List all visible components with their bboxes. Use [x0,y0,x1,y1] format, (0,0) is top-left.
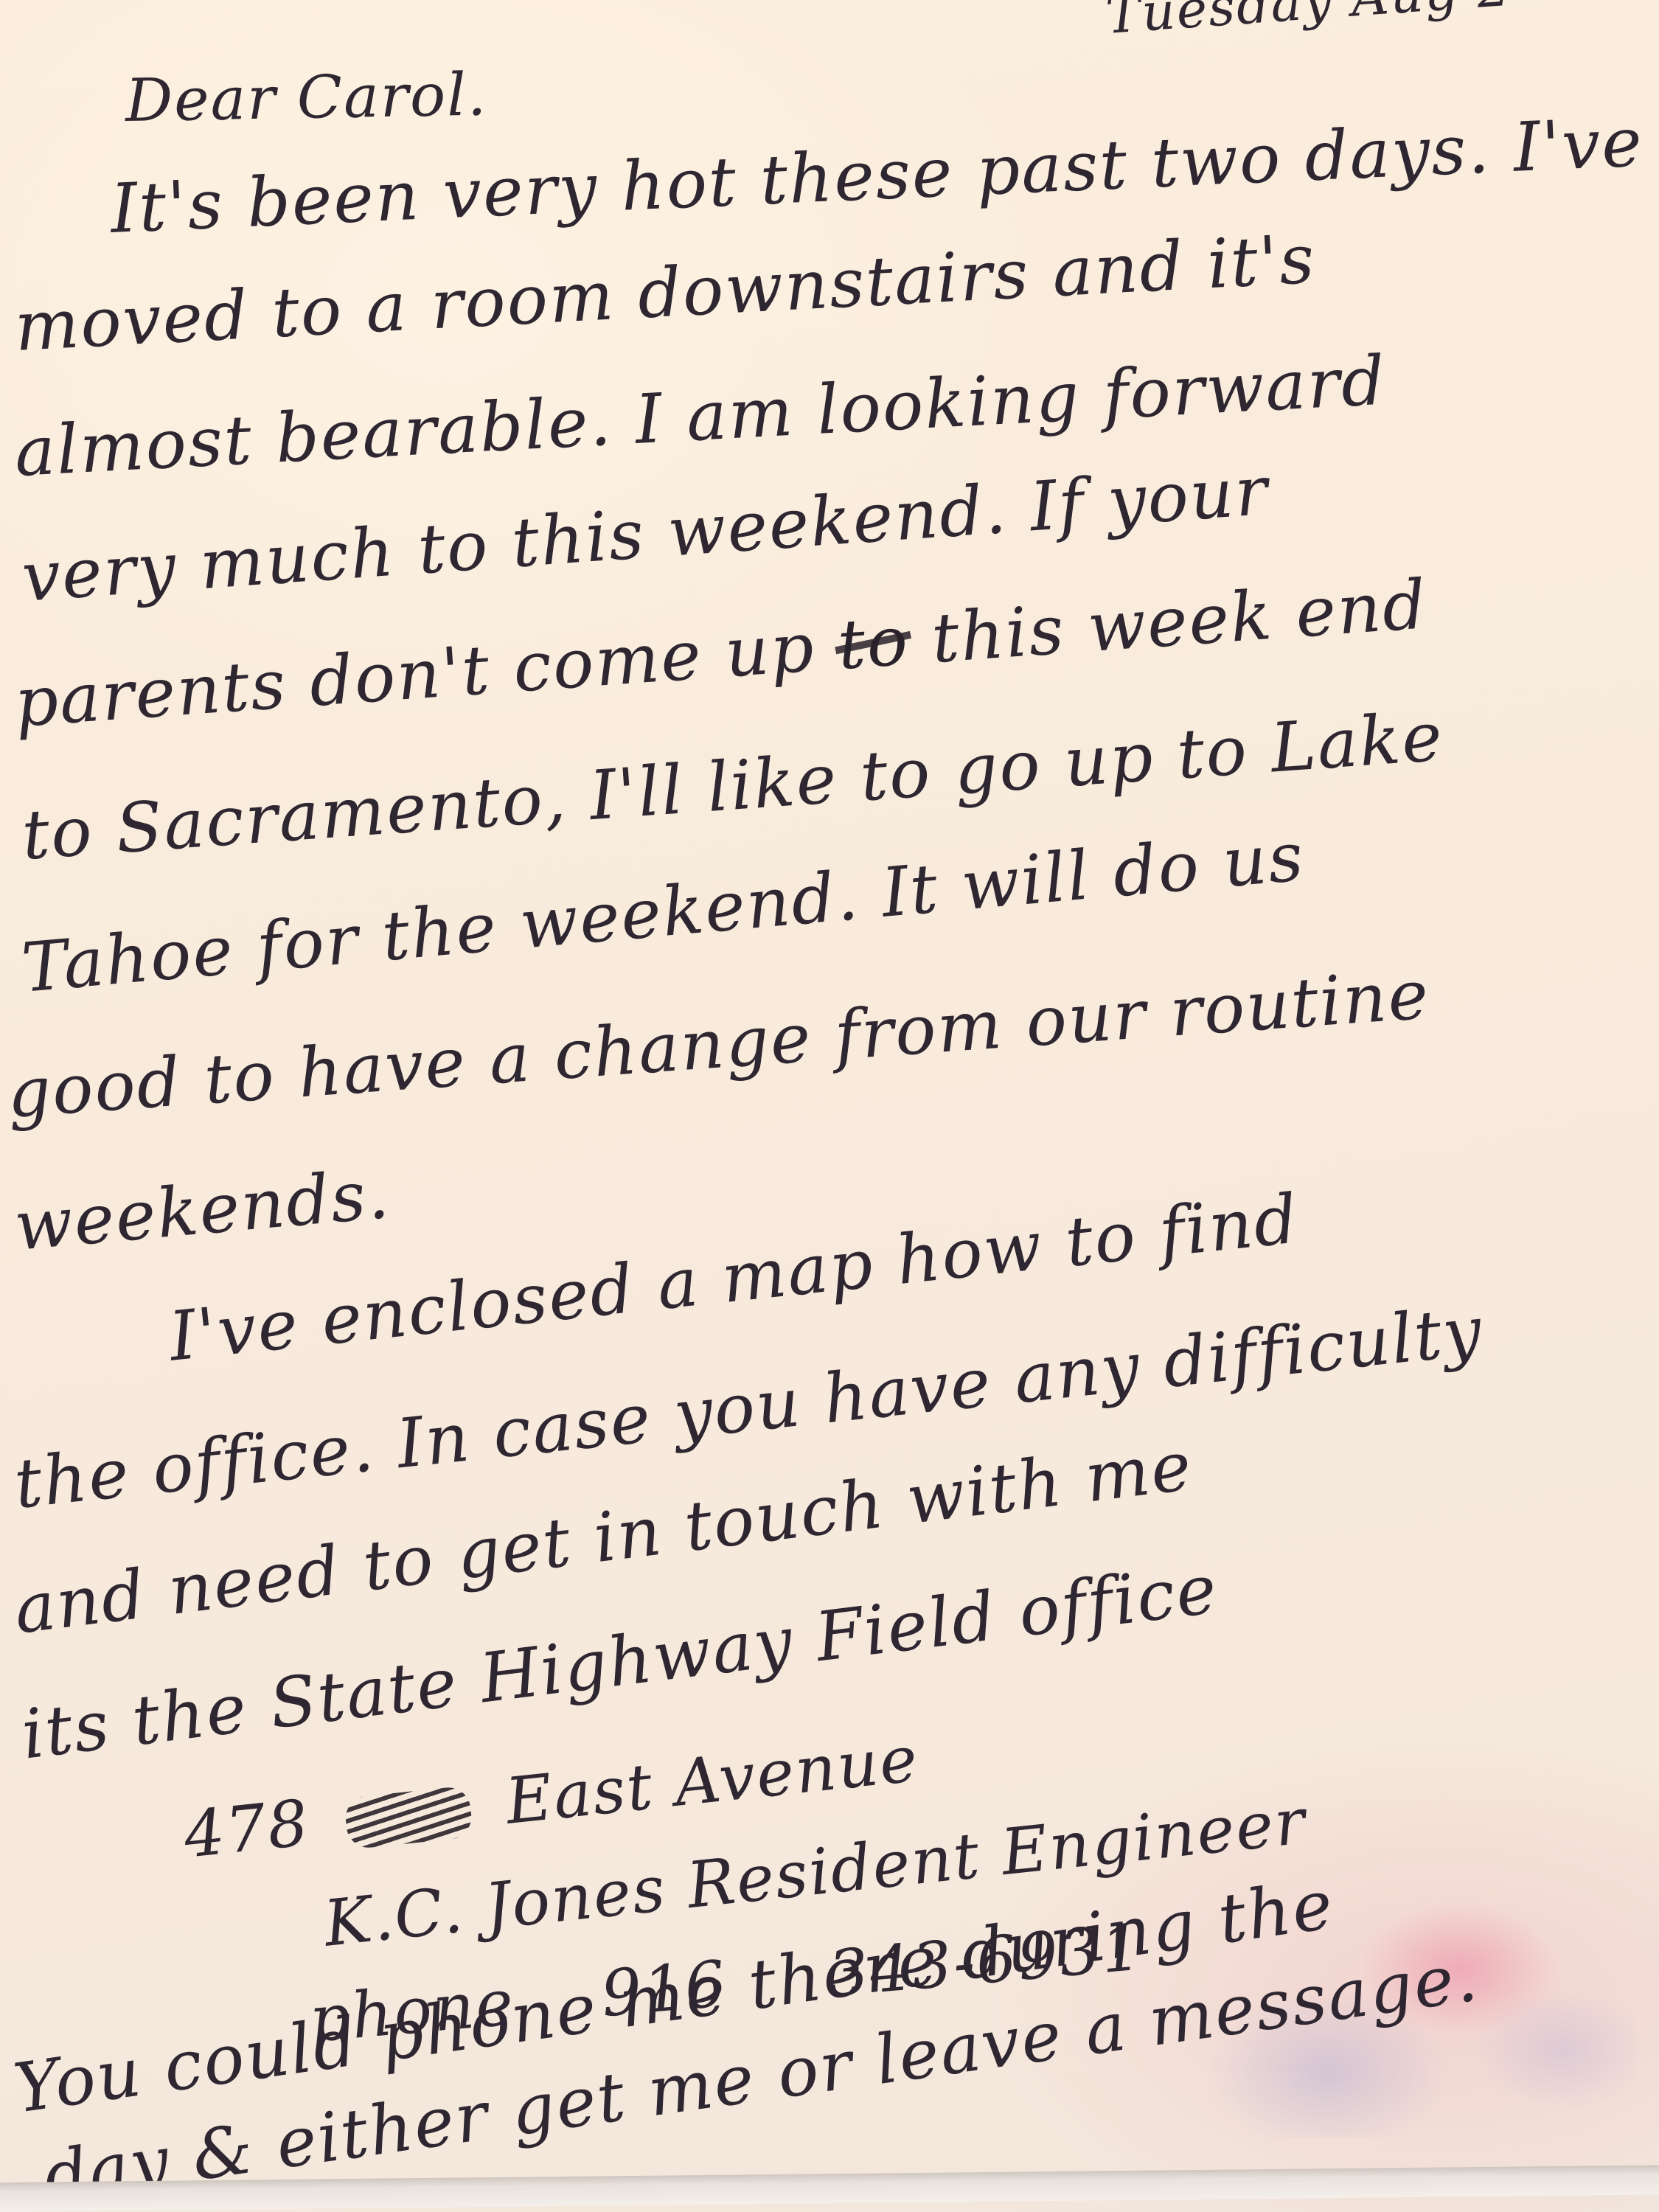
letter-line: weekends. [11,1155,393,1266]
letter-text: this week end [929,565,1430,678]
street-number: 478 [181,1786,313,1872]
letter-text: parents don't come up [12,608,818,742]
street-name: East Avenue [502,1722,922,1839]
scribbled-out-text [343,1785,473,1849]
salutation: Dear Carol. [125,60,488,135]
letter-date: Tuesday Aug 2 [1104,0,1513,46]
crossed-out-word: to [835,601,912,684]
handwritten-letter-page: Tuesday Aug 2 Dear Carol. It's been very… [0,0,1659,2212]
